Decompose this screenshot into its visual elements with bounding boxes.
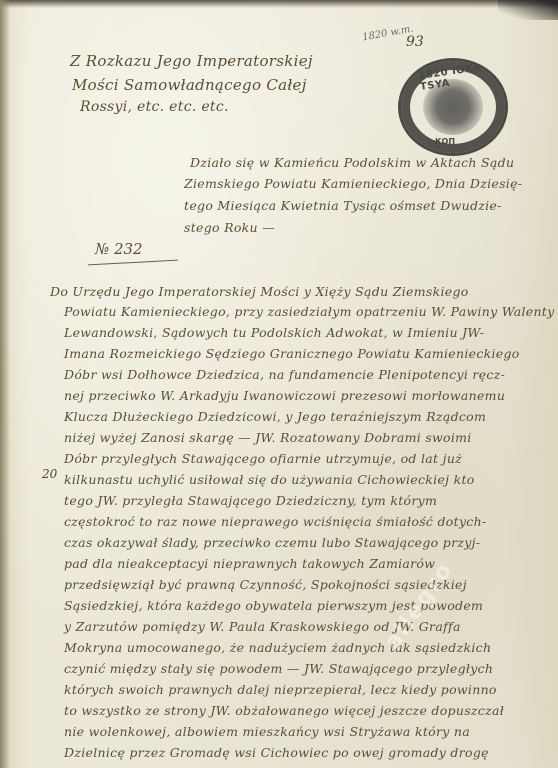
paper-top-edge xyxy=(0,0,558,8)
body-line-1: Do Urzędu Jego Imperatorskiej Mości y Xi… xyxy=(50,284,469,299)
body-line-11: tego JW. przyległa Stawającego Dziedzicz… xyxy=(64,493,437,508)
body-line-21: to wszystko ze strony JW. obżałowanego w… xyxy=(64,703,504,718)
case-number-underline xyxy=(88,260,178,266)
body-line-14: pad dla nieakceptacyi nieprawnych takowy… xyxy=(64,556,435,571)
body-line-20: których swoich prawnych dalej nieprzepie… xyxy=(64,682,497,697)
dating-line-3: tego Miesiąca Kwietnia Tysiąc ośmset Dwu… xyxy=(184,198,502,213)
body-line-2: Powiatu Kamienieckiego, przy zasiedziały… xyxy=(64,304,554,319)
body-line-12: częstokroć to raz nowe nieprawego wciśni… xyxy=(64,514,486,529)
document-page: 1820 w.m. 93 Z Rozkazu Jego Imperatorski… xyxy=(0,0,558,768)
body-line-15: przedsięwziął być prawną Czynność, Spoko… xyxy=(64,577,467,592)
body-line-9: Dóbr przyległych Stawającego ofiarnie ut… xyxy=(64,451,462,466)
dating-line-2: Ziemskiego Powiatu Kamienieckiego, Dnia … xyxy=(184,176,522,191)
paper-corner-shadow xyxy=(498,0,558,20)
body-line-18: Mokryna umocowanego, że nadużyciem żadny… xyxy=(64,640,491,655)
folio-number: 93 xyxy=(406,34,424,50)
body-line-19: czynić między stały się powodem — JW. St… xyxy=(64,661,493,676)
margin-number: 20 xyxy=(42,467,57,481)
body-line-4: Imana Rozmeickiego Sędziego Granicznego … xyxy=(64,346,520,361)
body-line-23: Dzielnicę przez Gromadę wsi Cichowiec po… xyxy=(64,745,489,760)
body-line-22: nie wolenkowej, albowiem mieszkańcy wsi … xyxy=(64,724,470,739)
tax-stamp: 1820 IOKA TSYA КОП xyxy=(398,58,508,156)
body-line-6: nej przeciwko W. Arkadyju Iwanowiczowi p… xyxy=(64,388,505,403)
dating-line-1: Działo się w Kamieńcu Podolskim w Aktach… xyxy=(190,155,514,170)
body-line-10: kilkunastu uchylić usiłował się do używa… xyxy=(64,472,475,487)
body-line-8: niżej wyżej Zanosi skargę — JW. Rozatowa… xyxy=(64,430,472,445)
heading-line-1: Z Rozkazu Jego Imperatorskiej xyxy=(70,52,313,70)
paper-left-edge xyxy=(0,0,10,768)
dating-line-4: stego Roku — xyxy=(184,220,275,235)
body-line-5: Dóbr wsi Dołhowce Dziedzica, na fundamen… xyxy=(64,367,505,382)
body-line-13: czas okazywał ślady, przeciwko czemu lub… xyxy=(64,535,480,550)
stamp-bottom-text: КОП xyxy=(435,137,455,146)
body-line-3: Lewandowski, Sądowych tu Podolskich Adwo… xyxy=(64,325,484,340)
heading-line-2: Mości Samowładnącego Całej xyxy=(72,76,307,94)
heading-line-3: Rossyi, etc. etc. etc. xyxy=(80,99,229,115)
case-number: № 232 xyxy=(95,240,143,258)
body-line-7: Klucza Dłużeckiego Dziedzicowi, y Jego t… xyxy=(64,409,486,424)
